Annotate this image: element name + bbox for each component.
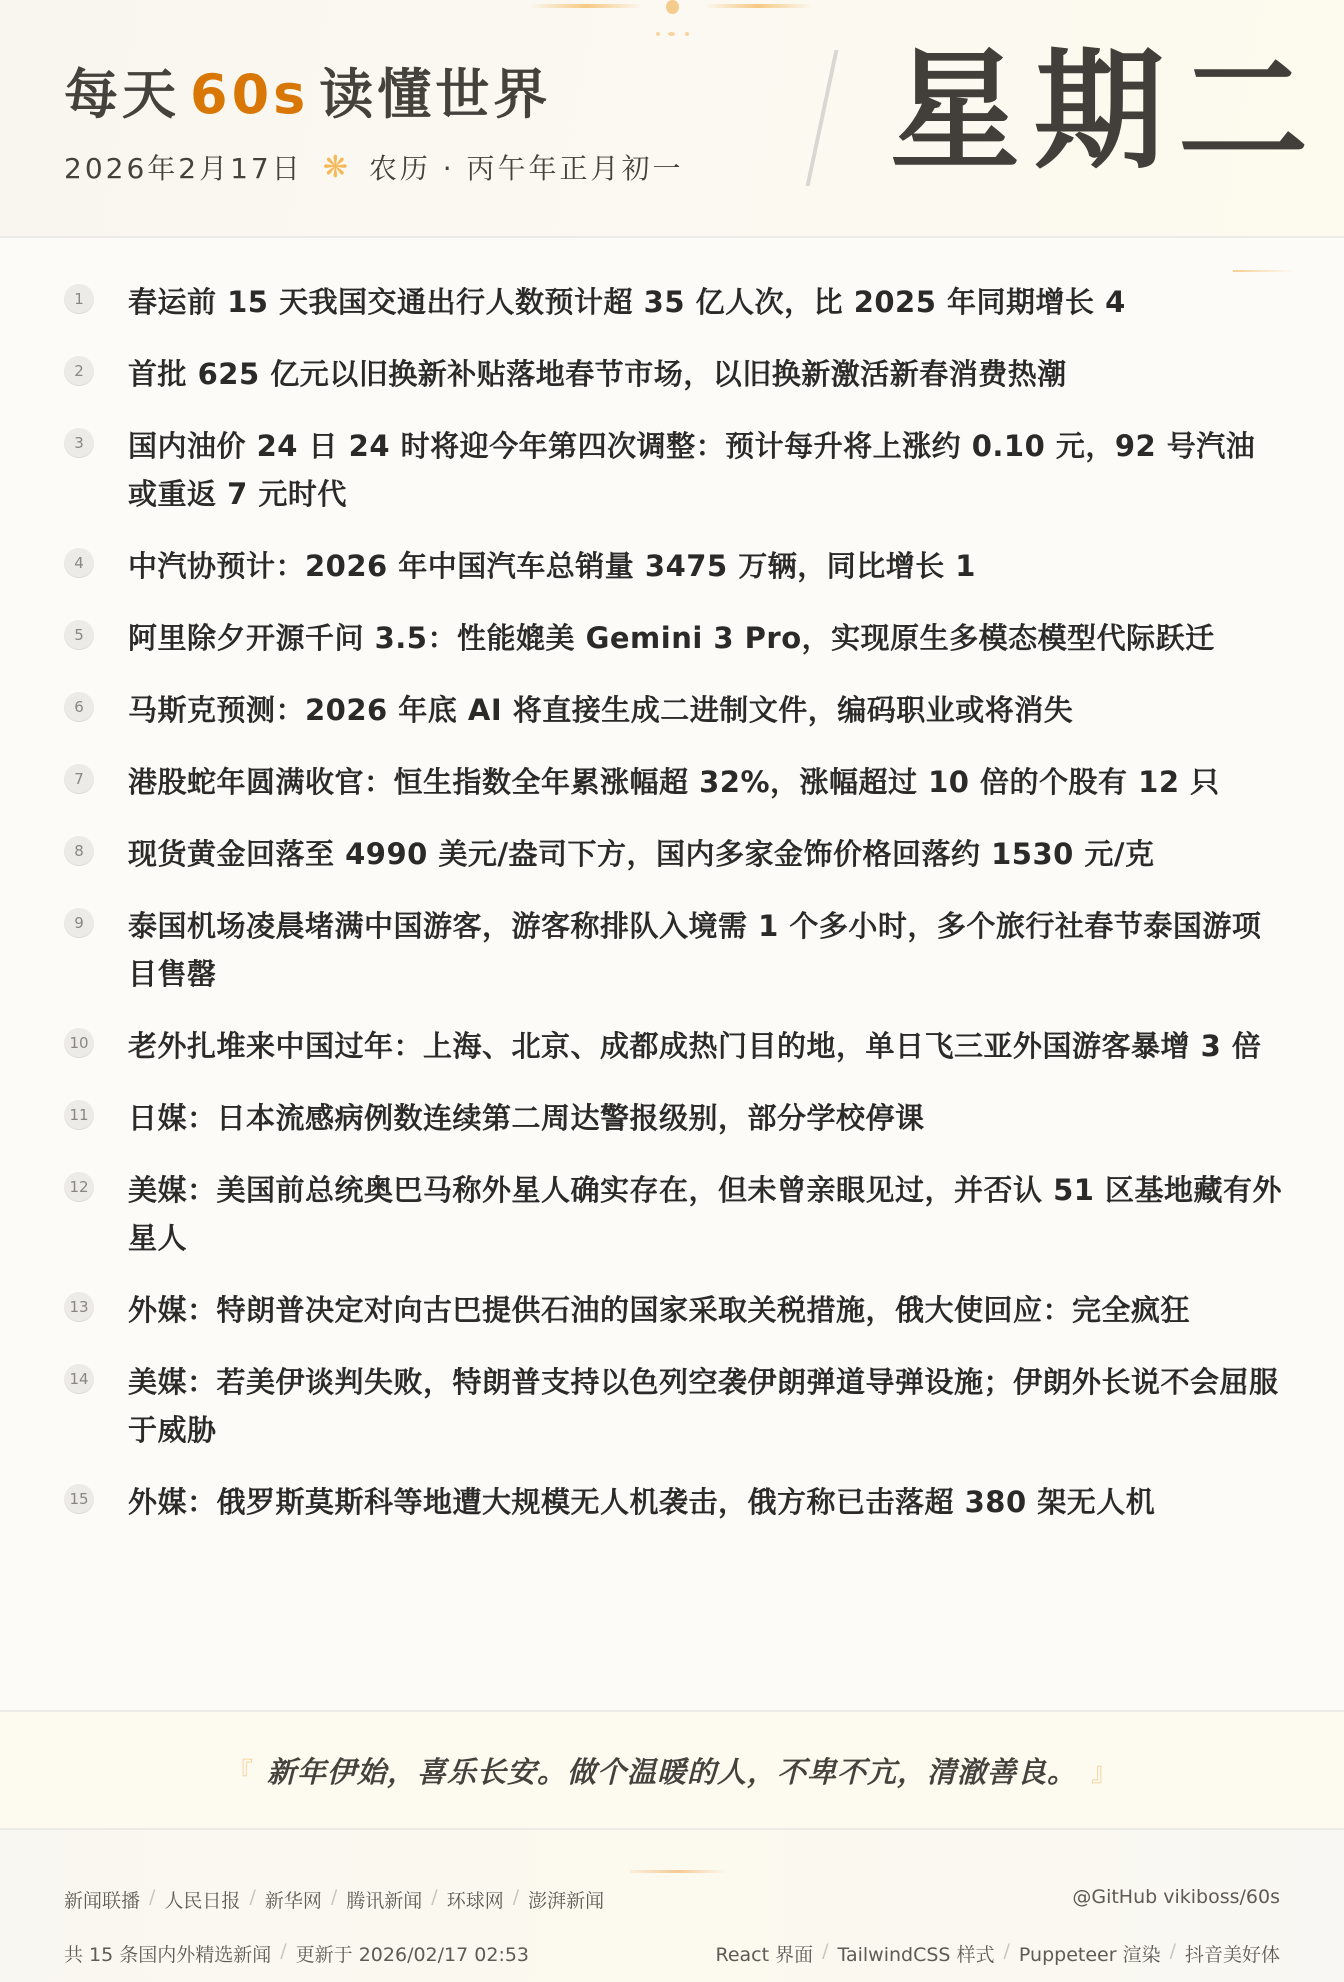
news-item: 1 春运前 15 天我国交通出行人数预计超 35 亿人次，比 2025 年同期增… [0, 278, 1344, 326]
news-text: 日媒：日本流感病例数连续第二周达警报级别，部分学校停课 [128, 1094, 925, 1142]
news-stats: 共 15 条国内外精选新闻 / 更新于 2026/02/17 02:53 [64, 1940, 529, 1967]
number-badge: 10 [64, 1028, 94, 1058]
source-item: 腾讯新闻 [346, 1886, 422, 1913]
decoration-mini-dot [668, 32, 675, 36]
number-badge: 4 [64, 548, 94, 578]
news-item: 15 外媒：俄罗斯莫斯科等地遭大规模无人机袭击，俄方称已击落超 380 架无人机 [0, 1478, 1344, 1526]
number-badge: 12 [64, 1172, 94, 1202]
page-title: 每天60s读懂世界 [64, 52, 551, 129]
news-text: 外媒：俄罗斯莫斯科等地遭大规模无人机袭击，俄方称已击落超 380 架无人机 [128, 1478, 1155, 1526]
updated-time: 更新于 2026/02/17 02:53 [296, 1940, 529, 1967]
number-badge: 14 [64, 1364, 94, 1394]
title-prefix: 每天 [64, 63, 180, 126]
tech-stack: React 界面 / TailwindCSS 样式 / Puppeteer 渲染… [715, 1940, 1280, 1967]
quote-close-mark: 』 [1091, 1752, 1117, 1789]
number-badge: 6 [64, 692, 94, 722]
news-item: 4 中汽协预计：2026 年中国汽车总销量 3475 万辆，同比增长 1 [0, 542, 1344, 590]
news-text: 泰国机场凌晨堵满中国游客，游客称排队入境需 1 个多小时，多个旅行社春节泰国游项… [128, 902, 1284, 998]
github-link[interactable]: @GitHub vikiboss/60s [1072, 1886, 1280, 1908]
news-item: 7 港股蛇年圆满收官：恒生指数全年累涨幅超 32%，涨幅超过 10 倍的个股有 … [0, 758, 1344, 806]
news-item: 5 阿里除夕开源千问 3.5：性能媲美 Gemini 3 Pro，实现原生多模态… [0, 614, 1344, 662]
separator: / [431, 1886, 437, 1913]
news-sources: 新闻联播 / 人民日报 / 新华网 / 腾讯新闻 / 环球网 / 澎湃新闻 [64, 1886, 604, 1913]
decoration-line-right [704, 4, 812, 8]
tech-item: 抖音美好体 [1185, 1940, 1280, 1967]
number-badge: 15 [64, 1484, 94, 1514]
news-decoration-line [1233, 270, 1295, 272]
star-icon: ❋ [323, 150, 351, 185]
separator: / [149, 1886, 155, 1913]
page-header: 每天60s读懂世界 2026年2月17日 ❋ 农历 · 丙午年正月初一 星期二 [0, 0, 1344, 238]
decoration-dot [666, 0, 679, 14]
quote-text: 新年伊始，喜乐长安。做个温暖的人，不卑不亢，清澈善良。 [267, 1750, 1077, 1791]
decoration-mini-dot [685, 32, 689, 36]
news-text: 现货黄金回落至 4990 美元/盎司下方，国内多家金饰价格回落约 1530 元/… [128, 830, 1155, 878]
news-text: 阿里除夕开源千问 3.5：性能媲美 Gemini 3 Pro，实现原生多模态模型… [128, 614, 1215, 662]
news-text: 中汽协预计：2026 年中国汽车总销量 3475 万辆，同比增长 1 [128, 542, 976, 590]
page-footer: 新闻联播 / 人民日报 / 新华网 / 腾讯新闻 / 环球网 / 澎湃新闻 共 … [0, 1830, 1344, 1982]
news-text: 首批 625 亿元以旧换新补贴落地春节市场，以旧换新激活新春消费热潮 [128, 350, 1067, 398]
number-badge: 9 [64, 908, 94, 938]
gregorian-date: 2026年2月17日 [64, 147, 303, 187]
title-accent: 60s [190, 63, 309, 126]
news-item: 3 国内油价 24 日 24 时将迎今年第四次调整：预计每升将上涨约 0.10 … [0, 422, 1344, 518]
news-item: 12 美媒：美国前总统奥巴马称外星人确实存在，但未曾亲眼见过，并否认 51 区基… [0, 1166, 1344, 1262]
source-item: 澎湃新闻 [528, 1886, 604, 1913]
tech-item: React 界面 [715, 1940, 813, 1967]
news-count: 共 15 条国内外精选新闻 [64, 1940, 271, 1967]
news-text: 春运前 15 天我国交通出行人数预计超 35 亿人次，比 2025 年同期增长 … [128, 278, 1126, 326]
news-item: 2 首批 625 亿元以旧换新补贴落地春节市场，以旧换新激活新春消费热潮 [0, 350, 1344, 398]
news-text: 美媒：若美伊谈判失败，特朗普支持以色列空袭伊朗弹道导弹设施；伊朗外长说不会屈服于… [128, 1358, 1284, 1454]
source-item: 新闻联播 [64, 1886, 140, 1913]
news-text: 马斯克预测：2026 年底 AI 将直接生成二进制文件，编码职业或将消失 [128, 686, 1073, 734]
source-item: 人民日报 [164, 1886, 240, 1913]
news-text: 外媒：特朗普决定对向古巴提供石油的国家采取关税措施，俄大使回应：完全疯狂 [128, 1286, 1190, 1334]
tech-item: TailwindCSS 样式 [838, 1940, 995, 1967]
news-item: 6 马斯克预测：2026 年底 AI 将直接生成二进制文件，编码职业或将消失 [0, 686, 1344, 734]
news-text: 港股蛇年圆满收官：恒生指数全年累涨幅超 32%，涨幅超过 10 倍的个股有 12… [128, 758, 1220, 806]
separator: / [280, 1940, 286, 1967]
separator: / [822, 1940, 828, 1967]
tech-item: Puppeteer 渲染 [1019, 1940, 1161, 1967]
separator: / [513, 1886, 519, 1913]
date-line: 2026年2月17日 ❋ 农历 · 丙午年正月初一 [64, 147, 684, 187]
daily-quote: 『 新年伊始，喜乐长安。做个温暖的人，不卑不亢，清澈善良。 』 [0, 1710, 1344, 1830]
decoration-line-left [530, 4, 642, 8]
separator: / [249, 1886, 255, 1913]
news-item: 9 泰国机场凌晨堵满中国游客，游客称排队入境需 1 个多小时，多个旅行社春节泰国… [0, 902, 1344, 998]
news-item: 13 外媒：特朗普决定对向古巴提供石油的国家采取关税措施，俄大使回应：完全疯狂 [0, 1286, 1344, 1334]
number-badge: 8 [64, 836, 94, 866]
separator: / [331, 1886, 337, 1913]
news-item: 10 老外扎堆来中国过年：上海、北京、成都成热门目的地，单日飞三亚外国游客暴增 … [0, 1022, 1344, 1070]
separator: / [1004, 1940, 1010, 1967]
decoration-mini-dot [656, 32, 660, 36]
lunar-date: 农历 · 丙午年正月初一 [369, 147, 684, 187]
news-section: 1 春运前 15 天我国交通出行人数预计超 35 亿人次，比 2025 年同期增… [0, 238, 1344, 1710]
news-item: 14 美媒：若美伊谈判失败，特朗普支持以色列空袭伊朗弹道导弹设施；伊朗外长说不会… [0, 1358, 1344, 1454]
source-item: 环球网 [447, 1886, 504, 1913]
news-text: 国内油价 24 日 24 时将迎今年第四次调整：预计每升将上涨约 0.10 元，… [128, 422, 1284, 518]
news-text: 老外扎堆来中国过年：上海、北京、成都成热门目的地，单日飞三亚外国游客暴增 3 倍 [128, 1022, 1261, 1070]
news-item: 8 现货黄金回落至 4990 美元/盎司下方，国内多家金饰价格回落约 1530 … [0, 830, 1344, 878]
github-credit: @GitHub vikiboss/60s [1072, 1886, 1280, 1908]
number-badge: 11 [64, 1100, 94, 1130]
number-badge: 2 [64, 356, 94, 386]
source-item: 新华网 [265, 1886, 322, 1913]
separator: / [1170, 1940, 1176, 1967]
header-divider [806, 50, 839, 186]
number-badge: 3 [64, 428, 94, 458]
number-badge: 13 [64, 1292, 94, 1322]
weekday: 星期二 [890, 40, 1322, 183]
news-list: 1 春运前 15 天我国交通出行人数预计超 35 亿人次，比 2025 年同期增… [0, 278, 1344, 1550]
news-text: 美媒：美国前总统奥巴马称外星人确实存在，但未曾亲眼见过，并否认 51 区基地藏有… [128, 1166, 1284, 1262]
news-item: 11 日媒：日本流感病例数连续第二周达警报级别，部分学校停课 [0, 1094, 1344, 1142]
quote-open-mark: 『 [227, 1752, 253, 1789]
footer-decoration-line [630, 1870, 726, 1873]
number-badge: 5 [64, 620, 94, 650]
number-badge: 7 [64, 764, 94, 794]
number-badge: 1 [64, 284, 94, 314]
title-suffix: 读懂世界 [319, 63, 551, 126]
